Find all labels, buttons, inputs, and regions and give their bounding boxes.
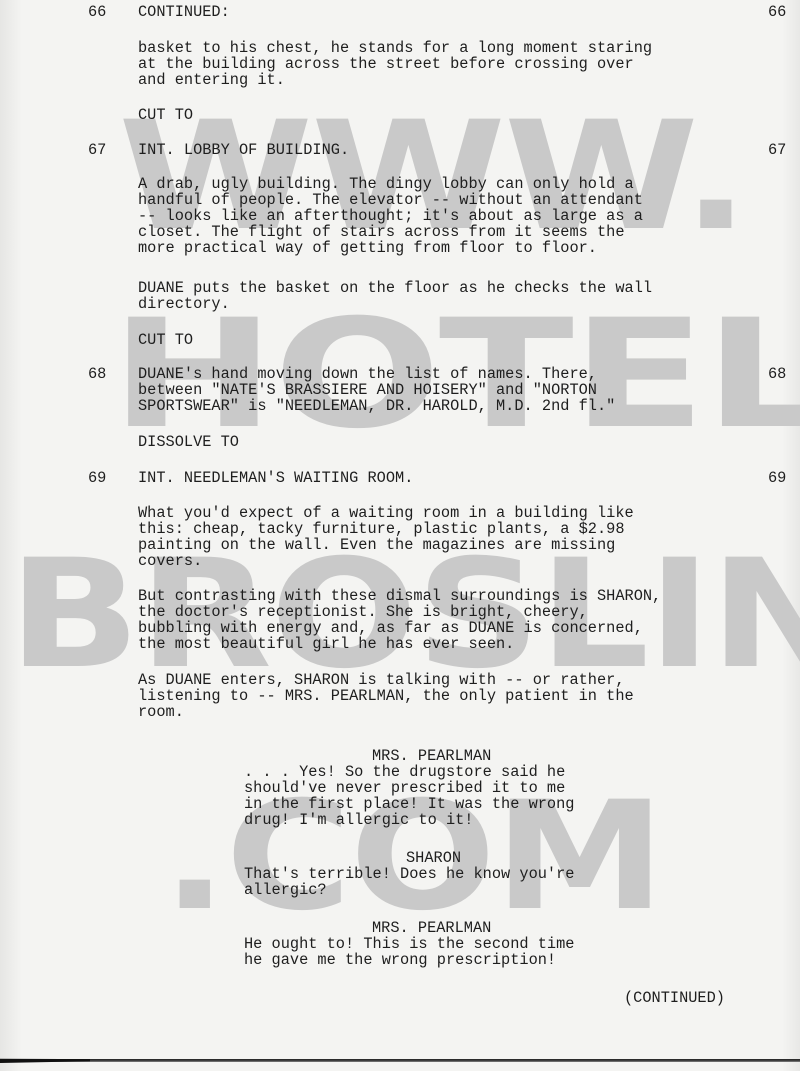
scene-number-right: 68 [768,366,786,382]
character-name: MRS. PEARLMAN [372,920,491,936]
continued-header: CONTINUED: [138,4,230,20]
character-name: MRS. PEARLMAN [372,748,491,764]
character-name: SHARON [406,850,461,866]
action-line: between "NATE'S BRASSIERE AND HOISERY" a… [138,382,597,398]
continued-footer: (CONTINUED) [624,990,725,1006]
action-line: and entering it. [138,72,285,88]
action-line: listening to -- MRS. PEARLMAN, the only … [138,688,634,704]
action-line: DUANE puts the basket on the floor as he… [138,280,652,296]
scene-heading: INT. NEEDLEMAN'S WAITING ROOM. [138,470,413,486]
action-line: bubbling with energy and, as far as DUAN… [138,620,643,636]
action-line: -- looks like an afterthought; it's abou… [138,208,643,224]
action-line: DUANE's hand moving down the list of nam… [138,366,597,382]
action-line: SPORTSWEAR" is "NEEDLEMAN, DR. HAROLD, M… [138,398,615,414]
action-line: basket to his chest, he stands for a lon… [138,40,652,56]
action-line: painting on the wall. Even the magazines… [138,537,615,553]
scene-number-left: 66 [88,4,106,20]
dialogue-line: should've never prescribed it to me [244,780,565,796]
transition-cut-to: CUT TO [138,107,193,123]
action-line: handful of people. The elevator -- witho… [138,192,643,208]
action-line: the doctor's receptionist. She is bright… [138,604,588,620]
scene-number-left: 69 [88,470,106,486]
transition-cut-to: CUT TO [138,332,193,348]
action-line: A drab, ugly building. The dingy lobby c… [138,176,634,192]
dialogue-line: That's terrible! Does he know you're [244,866,574,882]
scene-number-left: 68 [88,366,106,382]
dialogue-line: . . . Yes! So the drugstore said he [244,764,565,780]
dialogue-line: he gave me the wrong prescription! [244,952,556,968]
scene-number-right: 66 [768,4,786,20]
action-line: closet. The flight of stairs across from… [138,224,625,240]
dialogue-line: He ought to! This is the second time [244,936,574,952]
transition-dissolve-to: DISSOLVE TO [138,434,239,450]
action-line: room. [138,704,184,720]
dialogue-line: drug! I'm allergic to it! [244,812,474,828]
action-line: directory. [138,296,230,312]
dialogue-line: allergic? [244,882,327,898]
script-page: 66 CONTINUED: 66 basket to his chest, he… [0,0,800,1071]
action-line: But contrasting with these dismal surrou… [138,588,661,604]
scene-number-right: 69 [768,470,786,486]
scene-number-right: 67 [768,142,786,158]
scene-heading: INT. LOBBY OF BUILDING. [138,142,349,158]
action-line: more practical way of getting from floor… [138,240,597,256]
dialogue-line: in the first place! It was the wrong [244,796,574,812]
action-line: at the building across the street before… [138,56,634,72]
scene-number-left: 67 [88,142,106,158]
page-bottom-edge [0,1059,800,1062]
action-line: the most beautiful girl he has ever seen… [138,636,514,652]
action-line: covers. [138,553,202,569]
action-line: As DUANE enters, SHARON is talking with … [138,672,625,688]
action-line: What you'd expect of a waiting room in a… [138,505,634,521]
action-line: this: cheap, tacky furniture, plastic pl… [138,521,625,537]
